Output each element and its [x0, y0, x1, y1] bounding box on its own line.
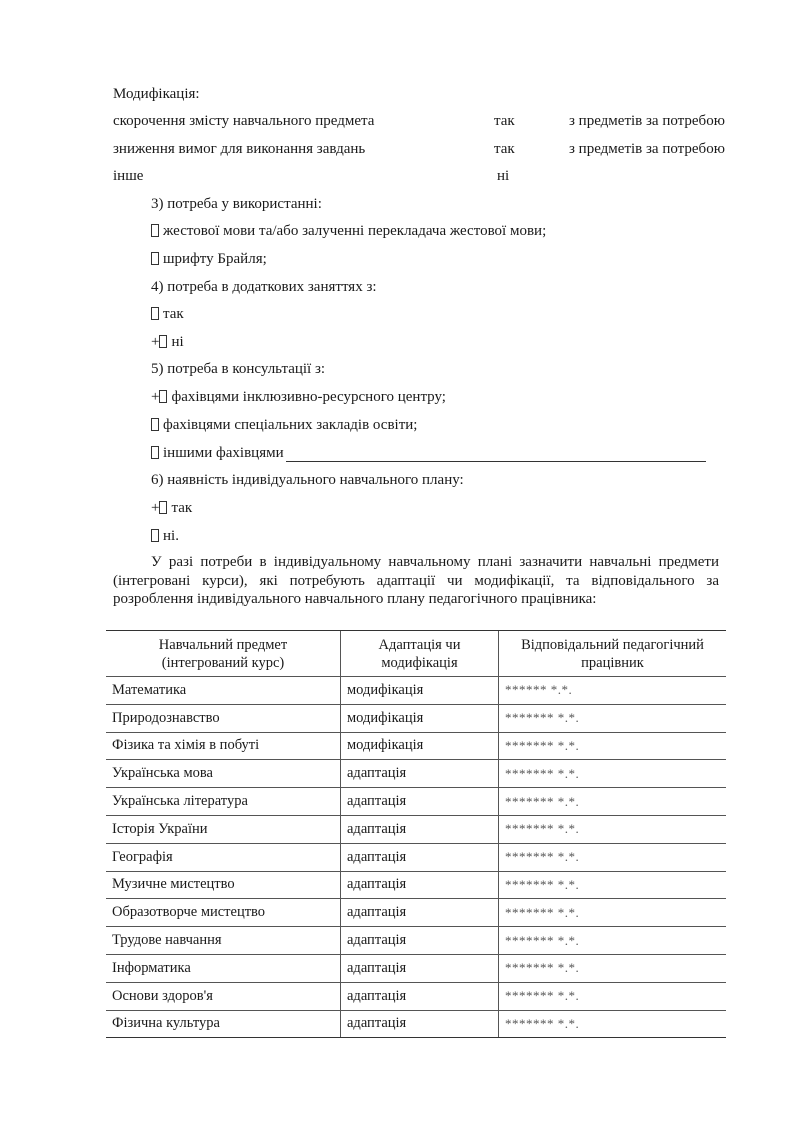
checkbox-icon[interactable] — [159, 501, 167, 514]
table-row: Українська моваадаптація******* *.*. — [106, 760, 726, 788]
option-extra-lessons-yes[interactable]: так — [151, 305, 184, 323]
table-header-row: Навчальний предмет (інтегрований курс) А… — [106, 631, 726, 677]
checkbox-icon[interactable] — [159, 390, 167, 403]
checkbox-icon[interactable] — [151, 418, 159, 431]
cell-responsible: ******* *.*. — [499, 954, 727, 982]
cell-adaptation: адаптація — [341, 871, 499, 899]
cell-responsible: ******* *.*. — [499, 871, 727, 899]
cell-subject: Історія України — [106, 815, 341, 843]
option-mark: + — [151, 389, 159, 405]
option-special-schools[interactable]: фахівцями спеціальних закладів освіти; — [151, 416, 417, 434]
modification-note: з предметів за потребою — [569, 112, 725, 130]
cell-responsible: ******* *.*. — [499, 899, 727, 927]
checkbox-icon[interactable] — [151, 252, 159, 265]
cell-subject: Інформатика — [106, 954, 341, 982]
other-specialists-field[interactable] — [286, 447, 706, 462]
option-label: жестової мови та/або залученні переклада… — [163, 223, 546, 239]
cell-adaptation: адаптація — [341, 843, 499, 871]
cell-subject: Фізика та хімія в побуті — [106, 732, 341, 760]
option-label: фахівцями спеціальних закладів освіти; — [163, 417, 417, 433]
cell-adaptation: адаптація — [341, 788, 499, 816]
table-row: Фізика та хімія в побутімодифікація*****… — [106, 732, 726, 760]
option-sign-language[interactable]: жестової мови та/або залученні переклада… — [151, 222, 546, 240]
section-6-heading: 6) наявність індивідуального навчального… — [151, 471, 464, 489]
header-subject: Навчальний предмет (інтегрований курс) — [106, 631, 341, 677]
cell-responsible: ******* *.*. — [499, 1010, 727, 1038]
table-row: Основи здоров'яадаптація******* *.*. — [106, 982, 726, 1010]
modification-value: ні — [497, 167, 509, 185]
cell-adaptation: модифікація — [341, 704, 499, 732]
instruction-paragraph: У разі потреби в індивідуальному навчаль… — [113, 553, 719, 609]
cell-responsible: ******* *.*. — [499, 815, 727, 843]
section-4-heading: 4) потреба в додаткових заняттях з: — [151, 278, 377, 296]
cell-adaptation: адаптація — [341, 982, 499, 1010]
table-row: Інформатикаадаптація******* *.*. — [106, 954, 726, 982]
cell-adaptation: адаптація — [341, 927, 499, 955]
cell-subject: Фізична культура — [106, 1010, 341, 1038]
table-row: Математикамодифікація****** *.*. — [106, 677, 726, 705]
option-label: так — [163, 306, 184, 322]
option-other-specialists[interactable]: іншими фахівцями — [151, 444, 706, 462]
option-label: так — [171, 500, 192, 516]
cell-subject: Образотворче мистецтво — [106, 899, 341, 927]
option-label: фахівцями інклюзивно-ресурсного центру; — [171, 389, 445, 405]
table-row: Музичне мистецтвоадаптація******* *.*. — [106, 871, 726, 899]
modification-label: інше — [113, 167, 143, 185]
checkbox-icon[interactable] — [151, 224, 159, 237]
option-mark: + — [151, 334, 159, 350]
modification-heading: Модифікація: — [113, 85, 200, 103]
cell-adaptation: адаптація — [341, 899, 499, 927]
cell-subject: Природознавство — [106, 704, 341, 732]
checkbox-icon[interactable] — [151, 446, 159, 459]
option-label: ні — [171, 334, 183, 350]
header-responsible: Відповідальний педагогічний працівник — [499, 631, 727, 677]
cell-adaptation: адаптація — [341, 954, 499, 982]
cell-subject: Музичне мистецтво — [106, 871, 341, 899]
option-mark: + — [151, 500, 159, 516]
option-irc-specialists[interactable]: +фахівцями інклюзивно-ресурсного центру; — [151, 388, 446, 406]
table-row: Історія Україниадаптація******* *.*. — [106, 815, 726, 843]
table-row: Фізична культураадаптація******* *.*. — [106, 1010, 726, 1038]
cell-responsible: ******* *.*. — [499, 843, 727, 871]
cell-adaptation: модифікація — [341, 677, 499, 705]
checkbox-icon[interactable] — [151, 529, 159, 542]
header-adaptation: Адаптація чи модифікація — [341, 631, 499, 677]
table-row: Українська літератураадаптація******* *.… — [106, 788, 726, 816]
cell-responsible: ******* *.*. — [499, 732, 727, 760]
cell-adaptation: адаптація — [341, 1010, 499, 1038]
checkbox-icon[interactable] — [159, 335, 167, 348]
modification-value: так — [494, 140, 515, 158]
modification-value: так — [494, 112, 515, 130]
modification-note: з предметів за потребою — [569, 140, 725, 158]
table-row: Трудове навчанняадаптація******* *.*. — [106, 927, 726, 955]
cell-subject: Трудове навчання — [106, 927, 341, 955]
cell-adaptation: модифікація — [341, 732, 499, 760]
option-braille[interactable]: шрифту Брайля; — [151, 250, 267, 268]
table-row: Образотворче мистецтвоадаптація******* *… — [106, 899, 726, 927]
subjects-table: Навчальний предмет (інтегрований курс) А… — [106, 630, 726, 1038]
modification-label: скорочення змісту навчального предмета — [113, 112, 374, 130]
cell-responsible: ****** *.*. — [499, 677, 727, 705]
option-plan-no[interactable]: ні. — [151, 527, 179, 545]
option-label: шрифту Брайля; — [163, 251, 267, 267]
modification-label: зниження вимог для виконання завдань — [113, 140, 365, 158]
option-extra-lessons-no[interactable]: +ні — [151, 333, 184, 351]
table-row: Географіяадаптація******* *.*. — [106, 843, 726, 871]
option-plan-yes[interactable]: +так — [151, 499, 192, 517]
cell-responsible: ******* *.*. — [499, 788, 727, 816]
cell-adaptation: адаптація — [341, 760, 499, 788]
cell-subject: Географія — [106, 843, 341, 871]
option-label: іншими фахівцями — [163, 445, 284, 461]
cell-responsible: ******* *.*. — [499, 982, 727, 1010]
cell-subject: Українська мова — [106, 760, 341, 788]
cell-subject: Математика — [106, 677, 341, 705]
checkbox-icon[interactable] — [151, 307, 159, 320]
option-label: ні. — [163, 528, 179, 544]
cell-responsible: ******* *.*. — [499, 760, 727, 788]
cell-subject: Основи здоров'я — [106, 982, 341, 1010]
section-3-heading: 3) потреба у використанні: — [151, 195, 322, 213]
cell-responsible: ******* *.*. — [499, 704, 727, 732]
table-row: Природознавствомодифікація******* *.*. — [106, 704, 726, 732]
section-5-heading: 5) потреба в консультації з: — [151, 360, 325, 378]
cell-subject: Українська література — [106, 788, 341, 816]
cell-responsible: ******* *.*. — [499, 927, 727, 955]
cell-adaptation: адаптація — [341, 815, 499, 843]
